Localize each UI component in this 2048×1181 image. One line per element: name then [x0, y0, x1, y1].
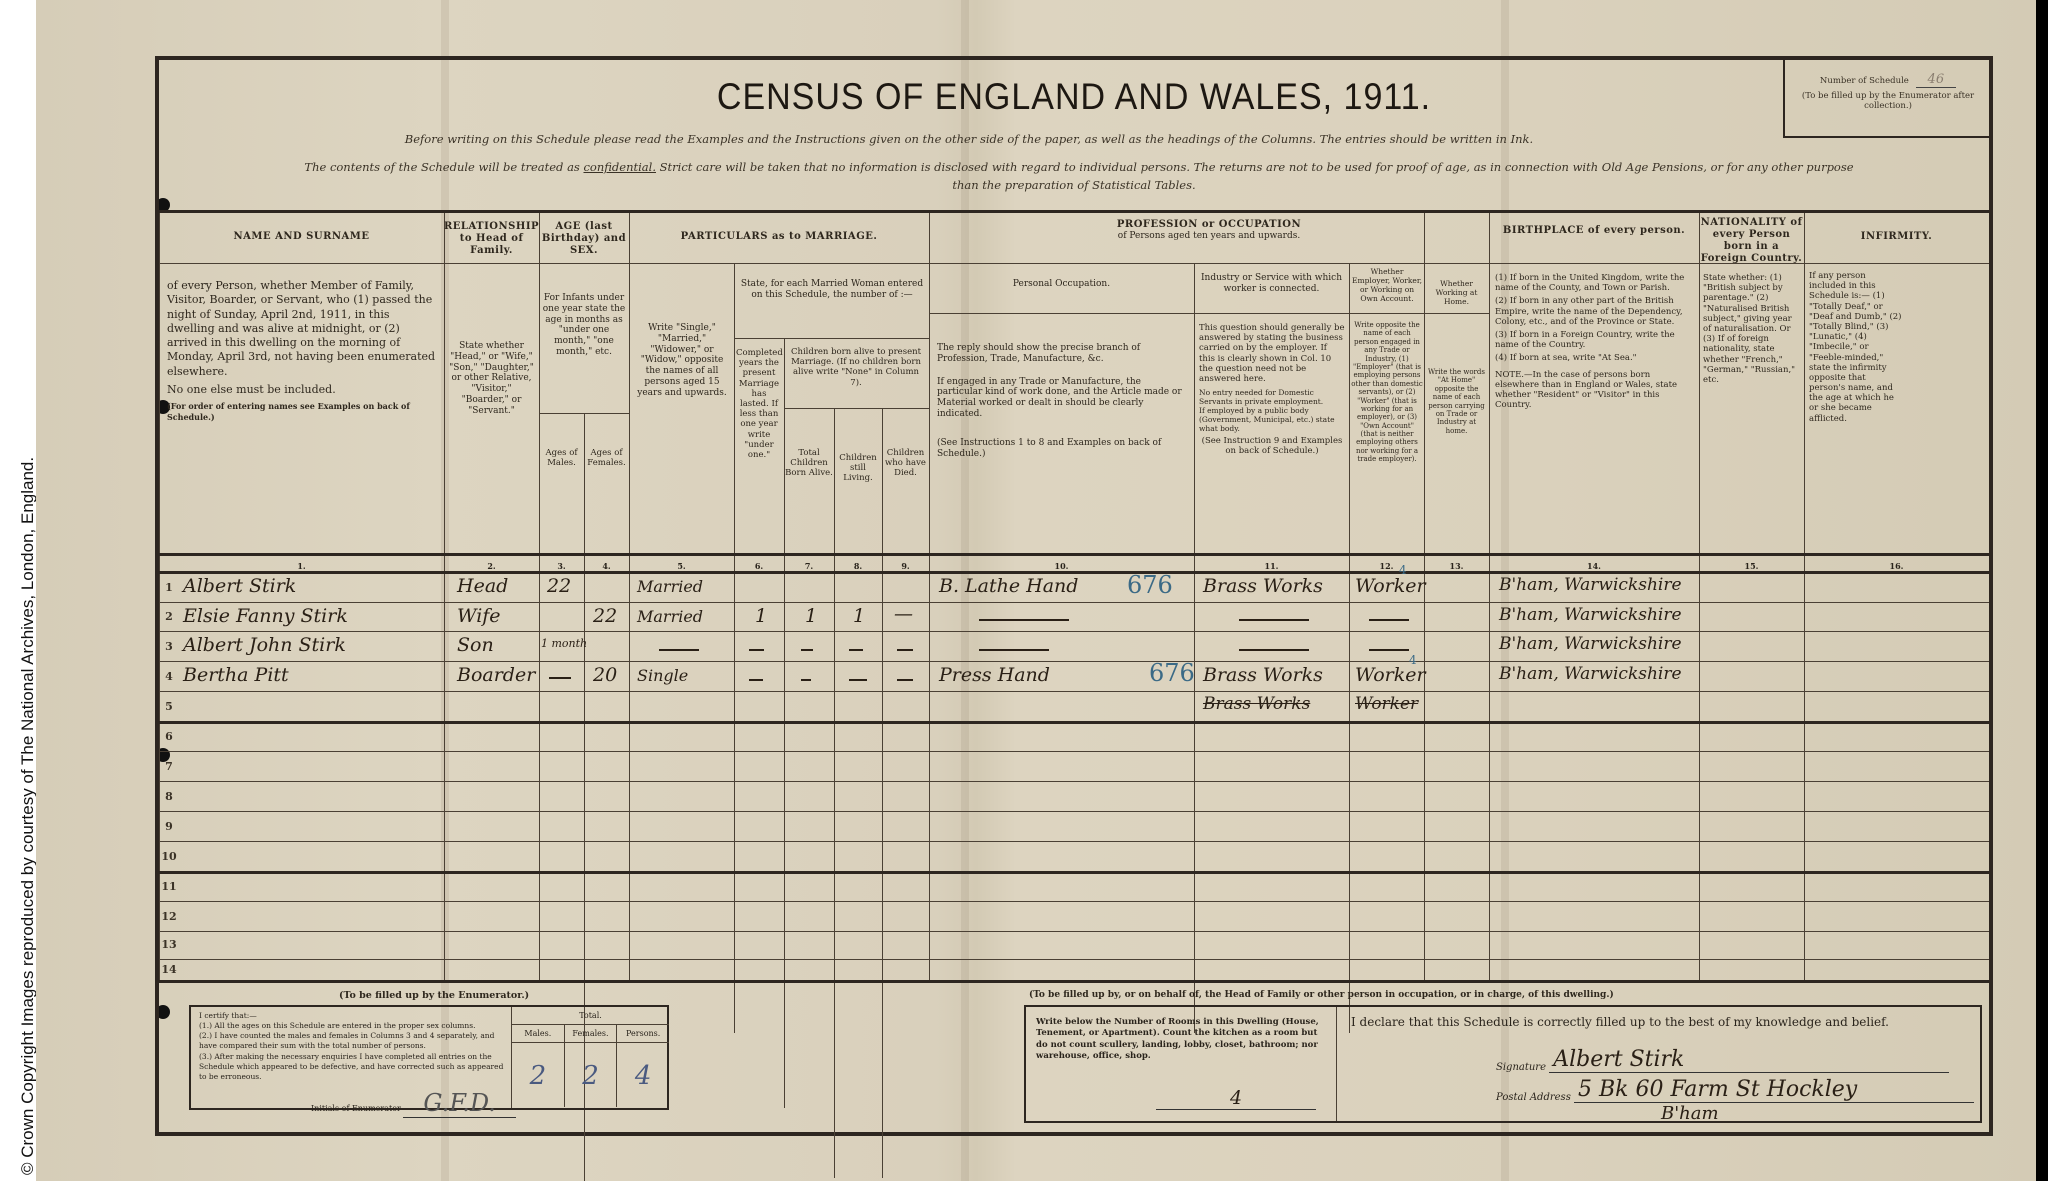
row-number: 1 — [161, 581, 177, 594]
industry-cell: Brass Works — [1203, 664, 1323, 686]
column-number: 15. — [1699, 561, 1804, 571]
dash-mark — [1369, 649, 1409, 651]
rooms-value: 4 — [1156, 1087, 1316, 1110]
column-number: 11. — [1194, 561, 1349, 571]
relationship-cell: Head — [457, 575, 508, 597]
relationship-cell: Wife — [457, 605, 501, 627]
header-birthplace: BIRTHPLACE of every person. — [1489, 225, 1699, 237]
header-industry-body: This question should generally be answer… — [1199, 323, 1345, 457]
years-married-cell: 1 — [755, 605, 767, 627]
header-name: NAME AND SURNAME — [159, 231, 444, 243]
enumerator-certification-box: I certify that:— (1.) All the ages on th… — [189, 1005, 669, 1110]
postal-address-line2: B'ham — [1661, 1103, 1719, 1124]
column-number: 4. — [584, 561, 629, 571]
row-number: 10 — [161, 850, 177, 863]
row-number: 12 — [161, 910, 177, 923]
dash-mark — [897, 679, 913, 681]
enumerator-heading: (To be filled up by the Enumerator.) — [339, 990, 529, 1001]
dash-mark — [849, 649, 863, 651]
header-age: AGE (last Birthday) and SEX. — [539, 221, 629, 257]
column-number: 2. — [444, 561, 539, 571]
header-relationship-body: State whether "Head," or "Wife," "Son," … — [449, 341, 534, 417]
dash-mark — [749, 649, 764, 651]
dash-mark — [801, 679, 811, 681]
column-number: 13. — [1424, 561, 1489, 571]
age-female-cell: 20 — [593, 664, 617, 686]
total-females: Females. 2 — [565, 1025, 618, 1107]
name-cell: Albert Stirk — [183, 575, 296, 597]
header-ages-females: Ages of Females. — [584, 448, 629, 468]
header-industry: Industry or Service with which worker is… — [1199, 273, 1344, 295]
relationship-cell: Boarder — [457, 664, 535, 686]
column-number: 10. — [929, 561, 1194, 571]
row-number: 8 — [161, 790, 177, 803]
total-persons: Persons. 4 — [617, 1025, 669, 1107]
header-infirmity: INFIRMITY. — [1804, 231, 1989, 243]
schedule-number-label: Number of Schedule — [1820, 76, 1909, 86]
header-name-body: of every Person, whether Member of Famil… — [167, 279, 437, 422]
row-number: 11 — [161, 880, 177, 893]
age-male-cell: 22 — [547, 575, 571, 597]
confidential-word: confidential. — [583, 160, 656, 174]
row-number: 14 — [161, 963, 177, 976]
column-number: 16. — [1804, 561, 1989, 571]
column-number: 1. — [159, 561, 444, 571]
signature-field: Signature Albert Stirk — [1496, 1047, 1949, 1073]
name-cell: Bertha Pitt — [183, 664, 289, 686]
column-number: 12. — [1349, 561, 1424, 571]
total-males: Males. 2 — [512, 1025, 565, 1107]
row-number: 7 — [161, 760, 177, 773]
postal-address-field: Postal Address 5 Bk 60 Farm St Hockley — [1496, 1077, 1974, 1103]
householder-heading: (To be filled up by, or on behalf of, th… — [1029, 990, 1614, 1000]
row-number: 9 — [161, 820, 177, 833]
row-number: 5 — [161, 700, 177, 713]
dash-mark — [979, 619, 1069, 621]
occupation-code: 676 — [1149, 659, 1195, 687]
dash-mark — [849, 679, 867, 681]
enumerator-initials-value: G.F.D. — [403, 1089, 516, 1118]
enumerator-certification-text: I certify that:— (1.) All the ages on th… — [199, 1011, 504, 1082]
header-children-died: Children who have Died. — [882, 448, 929, 479]
header-nationality-body: State whether: (1) "British subject by p… — [1703, 273, 1801, 385]
dash-mark — [897, 649, 913, 651]
copyright-strip: © Crown Copyright Images reproduced by c… — [0, 0, 36, 1181]
dash-mark — [1369, 619, 1409, 621]
row-number: 4 — [161, 670, 177, 683]
header-relationship: RELATIONSHIP to Head of Family. — [444, 221, 539, 257]
column-number: 3. — [539, 561, 584, 571]
header-occupation-body: The reply should show the precise branch… — [937, 343, 1187, 459]
column-number: 7. — [784, 561, 834, 571]
employment-cell: Worker — [1355, 575, 1426, 597]
header-employment-status: Whether Employer, Worker, or Working on … — [1351, 267, 1423, 303]
signature-value: Albert Stirk — [1553, 1047, 1684, 1072]
children-born-cell: 1 — [805, 605, 817, 627]
dash-mark — [979, 649, 1049, 651]
employment-cell: Worker — [1355, 664, 1426, 686]
industry-cell: Brass Works — [1203, 575, 1323, 597]
dash-mark — [801, 649, 813, 651]
occupation-cell: Press Hand — [939, 664, 1050, 686]
column-number: 6. — [734, 561, 784, 571]
rooms-instruction: Write below the Number of Rooms in this … — [1036, 1017, 1326, 1063]
instruction-ink: Before writing on this Schedule please r… — [299, 132, 1639, 146]
column-number: 9. — [882, 561, 929, 571]
employment-code: 4 — [1399, 563, 1407, 577]
row-number: 2 — [161, 610, 177, 623]
totals-heading: Total. — [512, 1007, 669, 1025]
household-table: NAME AND SURNAME of every Person, whethe… — [159, 210, 1989, 980]
column-number: 5. — [629, 561, 734, 571]
header-at-home-body: Write the words "At Home" opposite the n… — [1425, 368, 1488, 435]
header-personal-occupation: Personal Occupation. — [929, 279, 1194, 290]
schedule-number-box: Number of Schedule 46 (To be filled up b… — [1783, 56, 1993, 138]
dash-mark — [1239, 649, 1309, 651]
header-married-woman: State, for each Married Woman entered on… — [737, 279, 927, 301]
dash-mark — [749, 679, 763, 681]
instruction-text: Strict care will be taken that no inform… — [660, 160, 1854, 174]
dash-mark — [549, 677, 571, 679]
header-birthplace-body: (1) If born in the United Kingdom, write… — [1495, 273, 1693, 410]
birthplace-cell: B'ham, Warwickshire — [1499, 575, 1682, 595]
header-nationality: NATIONALITY of every Person born in a Fo… — [1699, 217, 1804, 265]
occupation-cell: B. Lathe Hand — [939, 575, 1078, 597]
instruction-confidential: The contents of the Schedule will be tre… — [169, 160, 1989, 174]
totals-table: Total. Males. 2 Females. 2 Persons. 4 — [511, 1007, 669, 1108]
struck-industry-cell: Brass Works — [1203, 694, 1310, 714]
census-schedule-paper: CENSUS OF ENGLAND AND WALES, 1911. Befor… — [36, 0, 2036, 1181]
postal-address-value: 5 Bk 60 Farm St Hockley — [1578, 1077, 1857, 1102]
copyright-notice: © Crown Copyright Images reproduced by c… — [18, 457, 38, 1175]
header-working-at-home: Whether Working at Home. — [1425, 279, 1488, 306]
age-female-cell: 22 — [593, 605, 617, 627]
instruction-text: The contents of the Schedule will be tre… — [304, 160, 579, 174]
birthplace-cell: B'ham, Warwickshire — [1499, 605, 1682, 625]
header-total-children: Total Children Born Alive. — [784, 448, 834, 479]
dash-mark — [659, 649, 699, 651]
instruction-statistical: than the preparation of Statistical Tabl… — [159, 178, 1989, 192]
relationship-cell: Son — [457, 634, 494, 656]
birthplace-cell: B'ham, Warwickshire — [1499, 634, 1682, 654]
enumerator-initials: Initials of Enumerator G.F.D. — [311, 1089, 516, 1117]
schedule-number-value: 46 — [1916, 72, 1957, 88]
marital-cell: Single — [637, 666, 688, 685]
householder-declaration-box: Write below the Number of Rooms in this … — [1024, 1005, 1982, 1123]
struck-employment-cell: Worker — [1355, 694, 1418, 714]
occupation-code: 676 — [1127, 571, 1173, 599]
schedule-number-note: (To be filled up by the Enumerator after… — [1785, 91, 1991, 111]
header-marital-status: Write "Single," "Married," "Widower," or… — [633, 323, 731, 399]
header-infirmity-body: If any person included in this Schedule … — [1809, 271, 1904, 424]
header-children-born: Children born alive to present Marriage.… — [786, 347, 926, 388]
declaration-text: I declare that this Schedule is correctl… — [1351, 1015, 1889, 1029]
schedule-sheet: CENSUS OF ENGLAND AND WALES, 1911. Befor… — [155, 56, 1993, 1136]
row-number: 3 — [161, 640, 177, 653]
employment-code: 4 — [1409, 653, 1417, 667]
header-employment-body: Write opposite the name of each person e… — [1351, 321, 1423, 464]
form-title: CENSUS OF ENGLAND AND WALES, 1911. — [159, 76, 1989, 119]
header-ages-males: Ages of Males. — [539, 448, 584, 468]
row-number: 13 — [161, 938, 177, 951]
children-living-cell: 1 — [853, 605, 865, 627]
dash-mark — [1239, 619, 1309, 621]
name-cell: Elsie Fanny Stirk — [183, 605, 348, 627]
marital-cell: Married — [637, 607, 703, 626]
header-children-living: Children still Living. — [834, 453, 882, 484]
column-number: 8. — [834, 561, 882, 571]
birthplace-cell: B'ham, Warwickshire — [1499, 664, 1682, 684]
column-number: 14. — [1489, 561, 1699, 571]
header-occupation: PROFESSION or OCCUPATIONof Persons aged … — [929, 219, 1489, 242]
name-cell: Albert John Stirk — [183, 634, 346, 656]
children-died-cell: — — [894, 603, 913, 625]
marital-cell: Married — [637, 577, 703, 596]
header-age-body: For Infants under one year state the age… — [541, 293, 627, 358]
row-number: 6 — [161, 730, 177, 743]
header-years-married: Completed years the present Marriage has… — [736, 348, 782, 460]
header-marriage: PARTICULARS as to MARRIAGE. — [629, 231, 929, 243]
age-male-cell: 1 month — [541, 637, 587, 650]
